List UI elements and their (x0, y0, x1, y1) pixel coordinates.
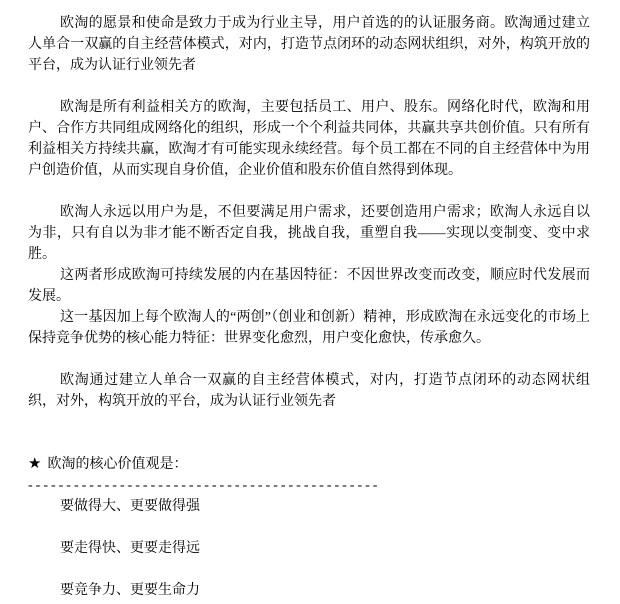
paragraph-stakeholders: 欧淘是所有利益相关方的欧淘，主要包括员工、用户、股东。网络化时代，欧淘和用户、合… (28, 97, 590, 181)
value-item-big-strong: 要做得大、更要做得强 (28, 496, 590, 517)
core-values-heading-text: 欧淘的核心价值观是： (47, 457, 187, 472)
value-item-competitiveness-vitality: 要竞争力、更要生命力 (28, 580, 590, 601)
paragraph-user-first: 欧淘人永远以用户为是，不但要满足用户需求，还要创造用户需求；欧淘人永远自以为非，… (28, 202, 590, 265)
document-page: 欧淘的愿景和使命是致力于成为行业主导，用户首选的的认证服务商。欧淘通过建立人单合… (0, 0, 620, 601)
value-item-fast-far: 要走得快、更要走得远 (28, 538, 590, 559)
paragraph-business-model: 欧淘通过建立人单合一双赢的自主经营体模式，对内，打造节点闭环的动态网状组织，对外… (28, 370, 590, 412)
dashed-divider-line: ----------------------------------------… (28, 475, 378, 496)
paragraph-gene-traits: 这两者形成欧淘可持续发展的内在基因特征：不因世界改变而改变，顺应时代发展而发展。 (28, 265, 590, 307)
star-icon: ★ (28, 454, 41, 475)
core-values-heading: ★欧淘的核心价值观是： (28, 454, 590, 475)
paragraph-two-innovations: 这一基因加上每个欧淘人的“两创”（创业和创新）精神，形成欧淘在永远变化的市场上保… (28, 307, 590, 349)
paragraph-vision-mission: 欧淘的愿景和使命是致力于成为行业主导，用户首选的的认证服务商。欧淘通过建立人单合… (28, 13, 590, 76)
